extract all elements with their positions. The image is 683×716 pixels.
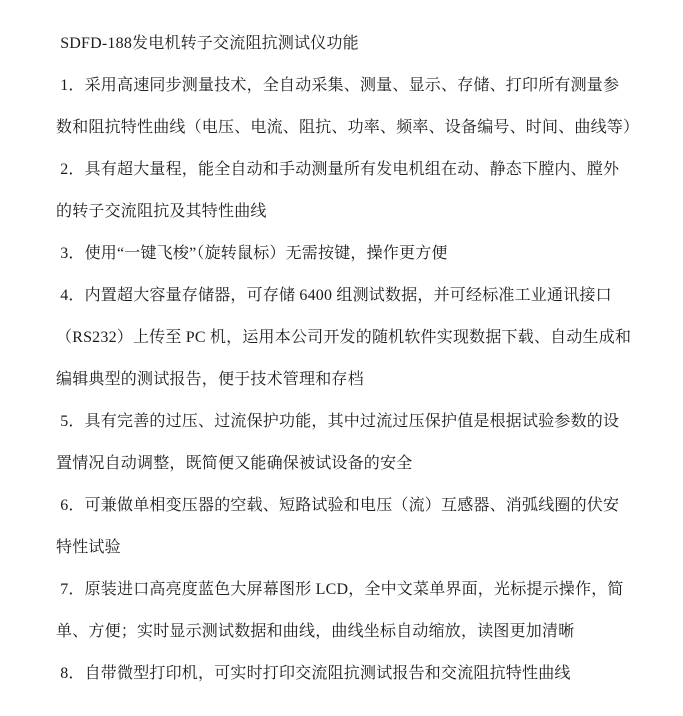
document-page: SDFD-188发电机转子交流阻抗测试仪功能 1．采用高速同步测量技术，全自动采…: [0, 0, 683, 716]
document-title: SDFD-188发电机转子交流阻抗测试仪功能: [56, 23, 673, 65]
document-content: SDFD-188发电机转子交流阻抗测试仪功能 1．采用高速同步测量技术，全自动采…: [0, 0, 683, 695]
feature-item-5: 5．具有完善的过压、过流保护功能，其中过流过压保护值是根据试验参数的设 置情况自…: [56, 401, 673, 485]
feature-item-3: 3．使用“一键飞梭”（旋转鼠标）无需按键，操作更方便: [56, 233, 673, 275]
feature-item-7: 7．原装进口高亮度蓝色大屏幕图形 LCD，全中文菜单界面，光标提示操作，简 单、…: [56, 569, 673, 653]
feature-item-1: 1．采用高速同步测量技术，全自动采集、测量、显示、存储、打印所有测量参 数和阻抗…: [56, 65, 673, 149]
feature-item-2: 2．具有超大量程，能全自动和手动测量所有发电机组在动、静态下膛内、膛外 的转子交…: [56, 149, 673, 233]
feature-item-6: 6．可兼做单相变压器的空载、短路试验和电压（流）互感器、消弧线圈的伏安 特性试验: [56, 485, 673, 569]
feature-item-4: 4．内置超大容量存储器，可存储 6400 组测试数据，并可经标准工业通讯接口 （…: [56, 275, 673, 401]
feature-item-8: 8．自带微型打印机，可实时打印交流阻抗测试报告和交流阻抗特性曲线: [56, 653, 673, 695]
